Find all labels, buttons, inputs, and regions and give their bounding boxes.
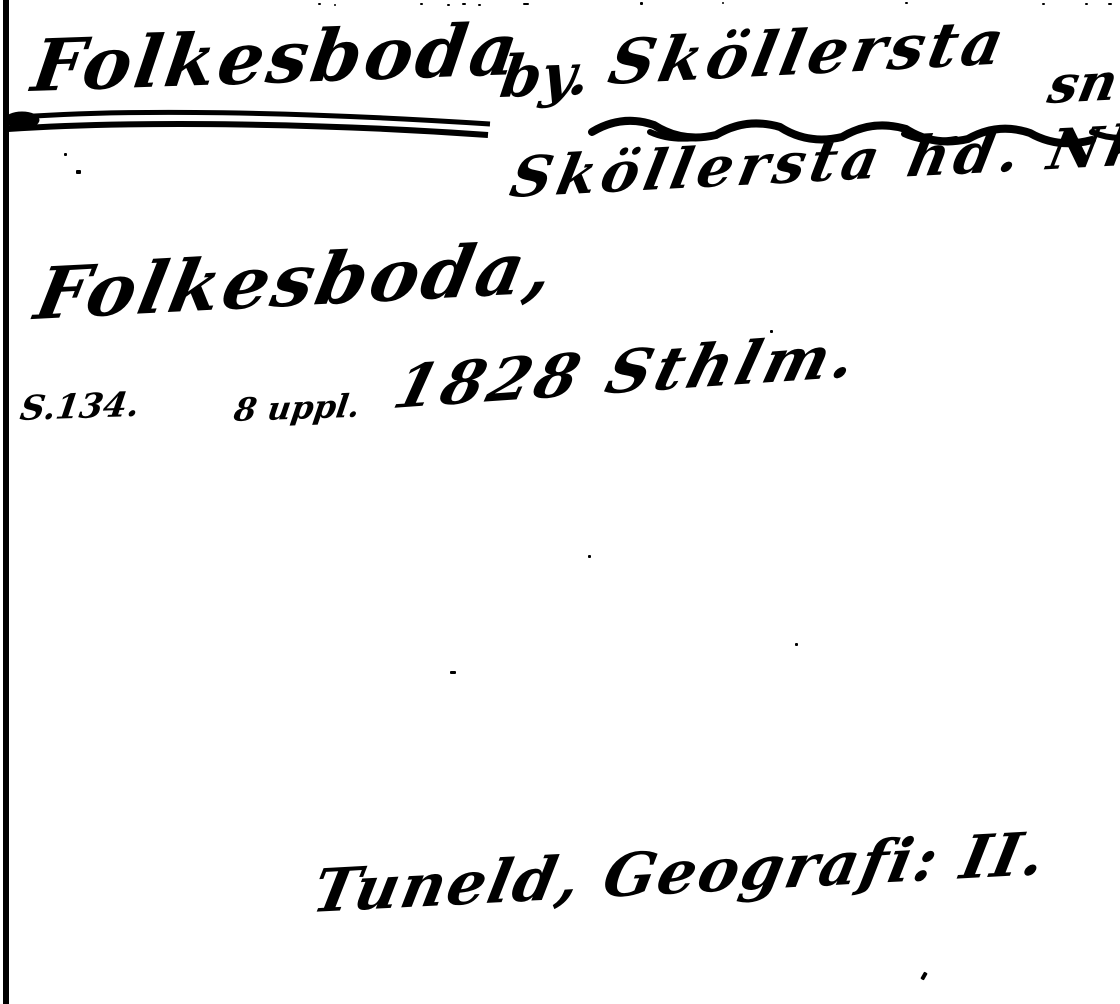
archive-index-card: Folkesboda by. Sköllersta sn Sköllersta … [0, 0, 1120, 1004]
settlement-type-label: by. [497, 45, 593, 106]
left-margin-line [3, 0, 9, 1004]
source-citation: Tuneld, Geografi: II. [308, 824, 1052, 922]
headword-double-underline [4, 106, 496, 142]
place-name-entry: Folkesboda, [30, 231, 562, 330]
page-reference: S.134. [18, 388, 141, 426]
parish-name: Sköllersta [604, 12, 1013, 94]
headword: Folkesboda [28, 13, 525, 102]
imprint-year-place: 1828 Sthlm. [388, 326, 866, 418]
edition-note: 8 uppl. [232, 390, 362, 426]
